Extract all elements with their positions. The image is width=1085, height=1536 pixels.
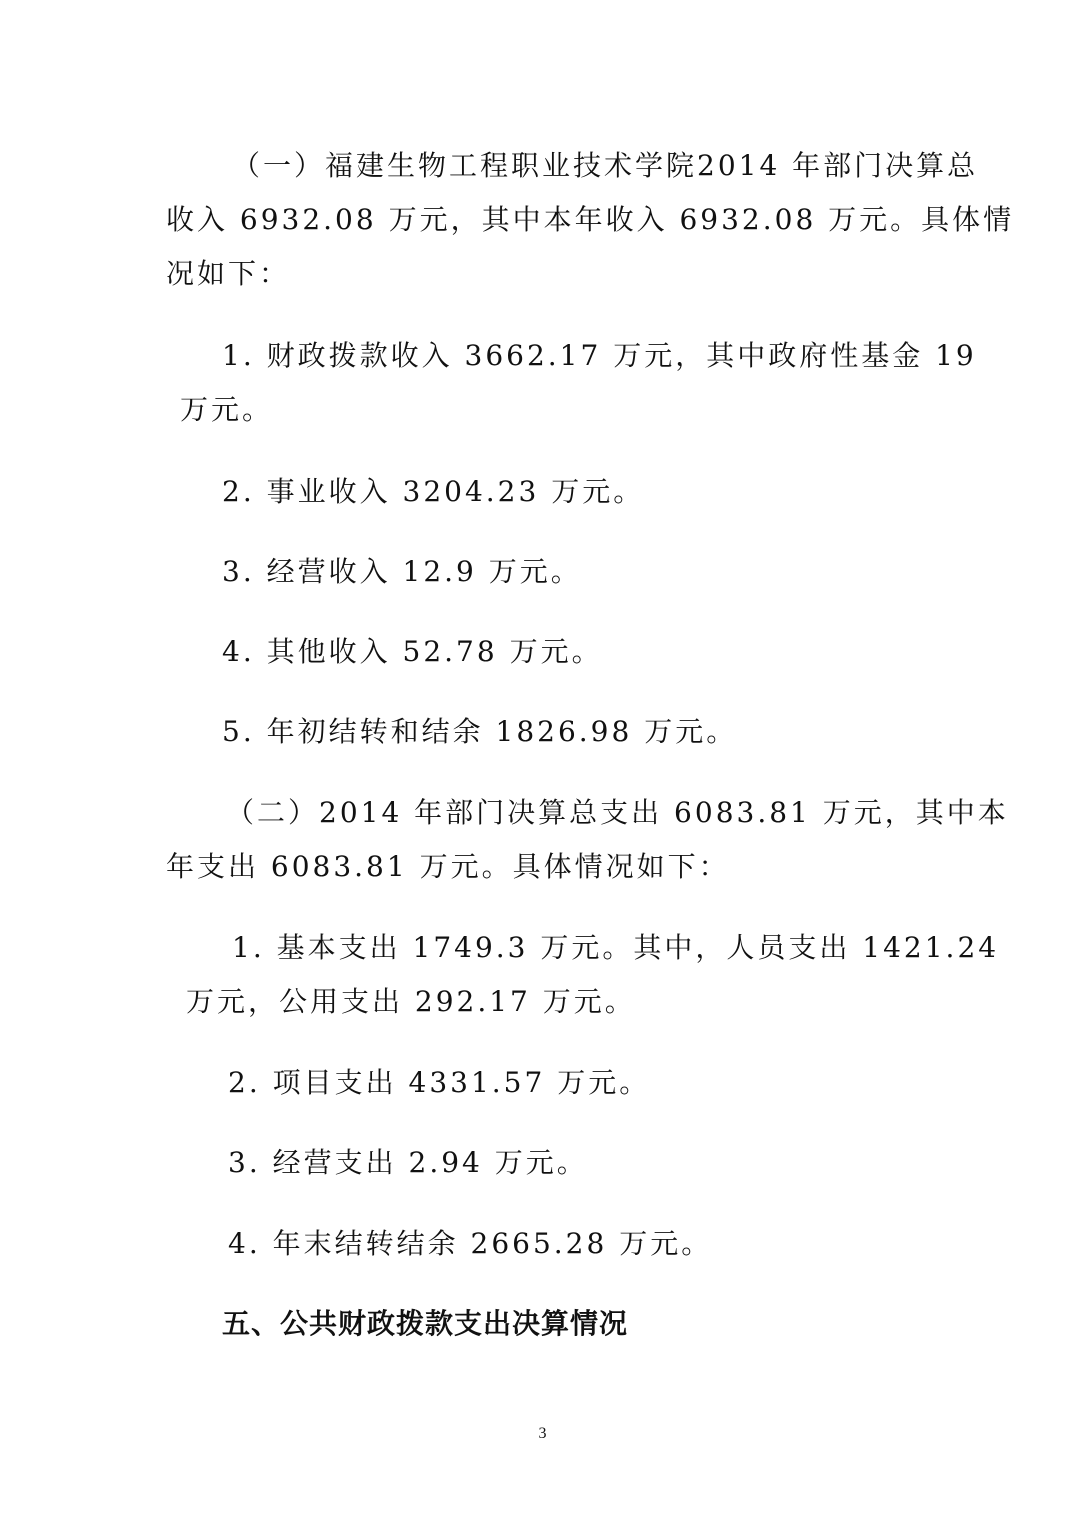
page-number: 3 [0,1425,1085,1443]
expense-item-2: 2. 项目支出 4331.57 万元。 [228,1065,650,1101]
expense-intro-line-2: 年支出 6083.81 万元。具体情况如下： [166,849,730,885]
income-item-1-line-1: 1. 财政拨款收入 3662.17 万元，其中政府性基金 19 [222,338,977,374]
expense-intro-line-1: （二）2014 年部门决算总支出 6083.81 万元，其中本 [226,795,1009,831]
income-item-2: 2. 事业收入 3204.23 万元。 [222,474,644,510]
income-item-5: 5. 年初结转和结余 1826.98 万元。 [222,714,737,750]
income-intro-line-3: 况如下： [166,256,290,292]
expense-item-4: 4. 年末结转结余 2665.28 万元。 [228,1226,712,1262]
income-intro-line-2: 收入 6932.08 万元，其中本年收入 6932.08 万元。具体情 [166,202,1014,238]
income-intro-line-1: （一）福建生物工程职业技术学院2014 年部门决算总 [232,148,978,184]
expense-item-1-line-1: 1. 基本支出 1749.3 万元。其中，人员支出 1421.24 [232,930,999,966]
income-item-1-line-2: 万元。 [180,392,273,428]
income-item-4: 4. 其他收入 52.78 万元。 [222,634,603,670]
section-heading-five: 五、公共财政拨款支出决算情况 [222,1306,628,1342]
expense-item-1-line-2: 万元，公用支出 292.17 万元。 [186,984,636,1020]
expense-item-3: 3. 经营支出 2.94 万元。 [228,1145,588,1181]
income-item-3: 3. 经营收入 12.9 万元。 [222,554,582,590]
